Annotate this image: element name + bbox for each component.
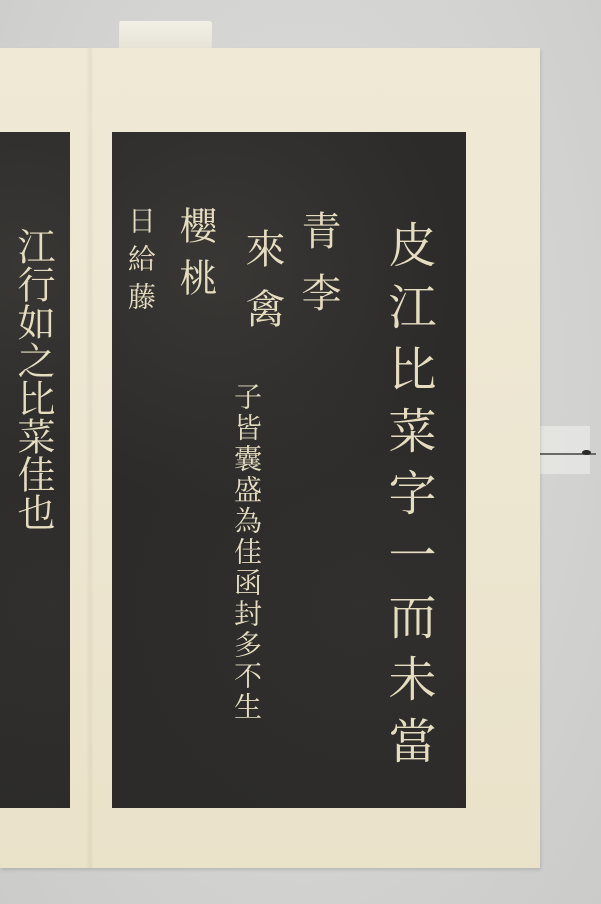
column-3-text: 來禽 bbox=[242, 228, 282, 348]
column-2-text: 青李 bbox=[298, 210, 338, 334]
top-tape-strip bbox=[119, 21, 212, 49]
left-column-text: 江行如之比菜佳也 bbox=[14, 227, 52, 787]
main-rubbing-panel: 皮江比菜字一而未當 青李 來禽 子皆囊盛為佳函封多不生 櫻桃 日給藤 bbox=[112, 132, 466, 808]
left-rubbing-panel: 江行如之比菜佳也 bbox=[0, 132, 70, 808]
page-fold bbox=[86, 48, 94, 868]
column-4-text: 櫻桃 bbox=[176, 206, 214, 310]
album-page: 江行如之比菜佳也 皮江比菜字一而未當 青李 來禽 子皆囊盛為佳函封多不生 櫻桃 … bbox=[0, 48, 540, 868]
column-3-annotation-text: 子皆囊盛為佳函封多不生 bbox=[232, 382, 260, 723]
column-5-text: 日給藤 bbox=[126, 206, 154, 320]
tape-mark bbox=[582, 450, 591, 455]
column-1-text: 皮江比菜字一而未當 bbox=[384, 220, 432, 780]
